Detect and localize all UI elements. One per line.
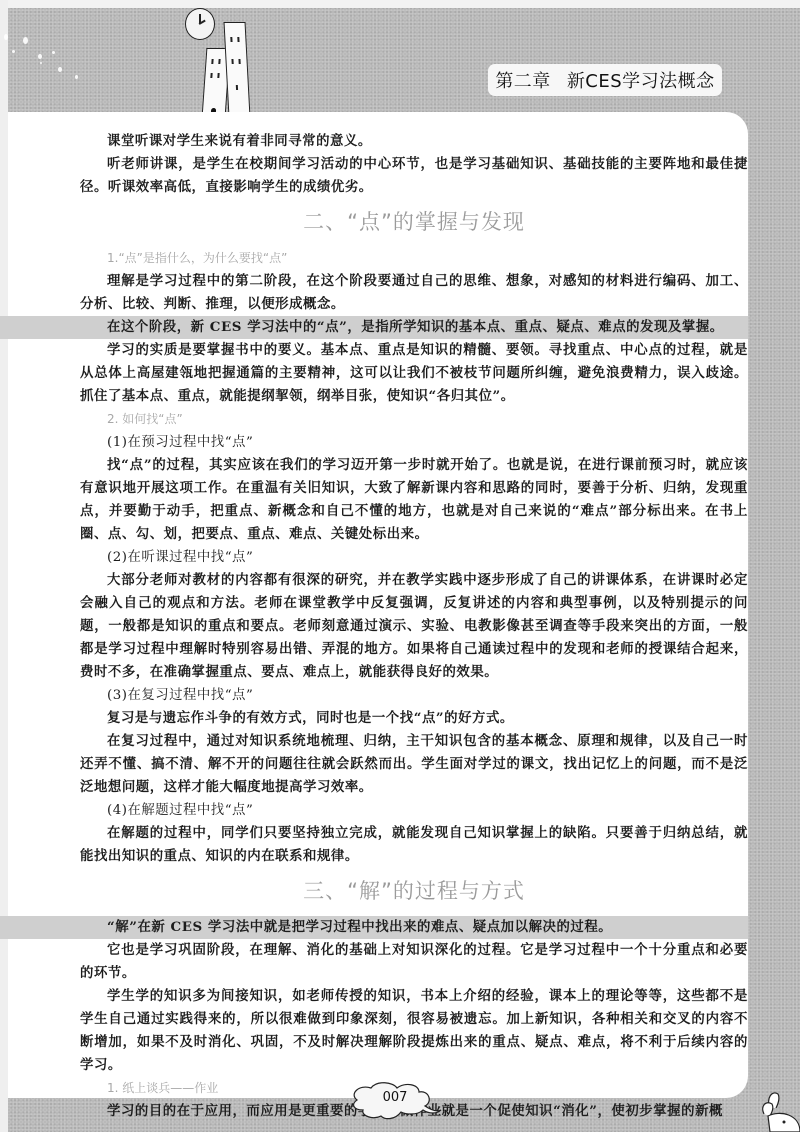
intro-paragraph: 听老师讲课，是学生在校期间学习活动的中心环节，也是学习基础知识、基础技能的主要阵…: [80, 153, 748, 199]
building-clock-illustration: [170, 8, 250, 113]
subheading: 2. 如何找“点”: [80, 408, 748, 431]
page-body: 课堂听课对学生来说有着非同寻常的意义。 听老师讲课，是学生在校期间学习活动的中心…: [80, 130, 748, 1123]
tower-icon: [224, 22, 251, 117]
page-number: 007: [345, 1090, 445, 1105]
body-paragraph: 学生学的知识多为间接知识，如老师传授的知识，书本上介绍的经验，课本上的理论等等，…: [80, 985, 748, 1077]
body-paragraph: 复习是与遗忘作斗争的有效方式，同时也是一个找“点”的好方式。: [80, 707, 748, 730]
page-top-edge: [0, 0, 800, 8]
rabbit-icon: [760, 1080, 800, 1132]
body-paragraph: 找“点”的过程，其实应该在我们的学习迈开第一步时就开始了。也就是说，在进行课前预…: [80, 454, 748, 546]
chapter-number: 第二章: [495, 67, 551, 93]
subheading: 1.“点”是指什么，为什么要找“点”: [80, 247, 748, 270]
list-item-label: (3)在复习过程中找“点”: [80, 684, 748, 707]
chapter-header-badge: 第二章 新CES学习法概念: [488, 64, 722, 96]
body-paragraph: 它也是学习巩固阶段，在理解、消化的基础上对知识深化的过程。它是学习过程中一个十分…: [80, 939, 748, 985]
body-paragraph: 理解是学习过程中的第二阶段，在这个阶段要通过自己的思维、想象，对感知的材料进行编…: [80, 270, 748, 316]
body-paragraph: 在复习过程中，通过对知识系统地梳理、归纳，主干知识包含的基本概念、原理和规律，以…: [80, 730, 748, 799]
page-number-cloud: 007: [345, 1080, 445, 1122]
body-paragraph: 在解题的过程中，同学们只要坚持独立完成，就能发现自己知识掌握上的缺陷。只要善于归…: [80, 822, 748, 868]
highlighted-definition: “解”在新 CES 学习法中就是把学习过程中找出来的难点、疑点加以解决的过程。: [0, 916, 748, 939]
body-paragraph: 大部分老师对教材的内容都有很深的研究，并在教学实践中逐步形成了自己的讲课体系，在…: [80, 569, 748, 684]
clock-icon: [185, 8, 215, 40]
section-title-2: 二、“点”的掌握与发现: [80, 205, 748, 239]
list-item-label: (2)在听课过程中找“点”: [80, 546, 748, 569]
highlighted-definition: 在这个阶段，新 CES 学习法中的“点”，是指所学知识的基本点、重点、疑点、难点…: [0, 316, 748, 339]
page-left-edge: [0, 0, 8, 1132]
body-paragraph: 学习的实质是要掌握书中的要义。基本点、重点是知识的精髓、要领。寻找重点、中心点的…: [80, 339, 748, 408]
list-item-label: (4)在解题过程中找“点”: [80, 799, 748, 822]
section-title-3: 三、“解”的过程与方式: [80, 874, 748, 908]
chapter-title: 新CES学习法概念: [567, 67, 715, 93]
list-item-label: (1)在预习过程中找“点”: [80, 431, 748, 454]
intro-paragraph: 课堂听课对学生来说有着非同寻常的意义。: [80, 130, 748, 153]
